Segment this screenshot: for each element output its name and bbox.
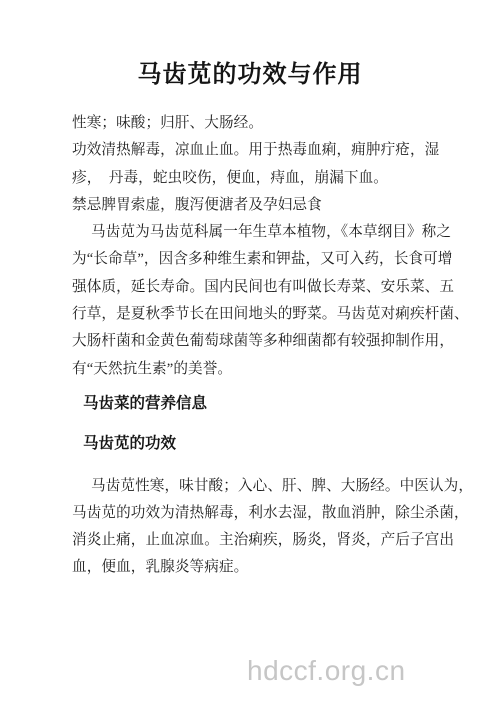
- site-watermark: hdccf.org.cn: [247, 654, 406, 688]
- text-line: 为“长命草”，因含多种维生素和钾盐，又可入药，长食可增: [72, 246, 438, 273]
- text-line: 禁忌脾胃索虚，腹泻便溏者及孕妇忌食: [72, 192, 438, 219]
- text-line: 消炎止痛，止血凉血。主治痢疾，肠炎，肾炎，产后子宫出: [72, 527, 438, 554]
- text-line: 功效清热解毒，凉血止血。用于热毒血痢，痈肿疔疮，湿: [72, 137, 438, 164]
- intro-paragraph: 性寒；味酸；归肝、大肠经。 功效清热解毒，凉血止血。用于热毒血痢，痈肿疔疮，湿 …: [72, 110, 438, 219]
- overview-paragraph: 马齿苋为马齿苋科属一年生草本植物，《本草纲目》称之 为“长命草”，因含多种维生素…: [72, 219, 438, 383]
- section-heading-effect: 马齿苋的功效: [83, 430, 438, 457]
- text-line: 马齿苋的功效为清热解毒，利水去湿，散血消肿，除尘杀菌，: [72, 500, 438, 527]
- text-line: 有“天然抗生素”的美誉。: [72, 356, 438, 383]
- text-line: 性寒；味酸；归肝、大肠经。: [72, 110, 438, 137]
- text-line: 马齿苋性寒，味甘酸；入心、肝、脾、大肠经。中医认为，: [72, 473, 438, 500]
- page-title: 马齿苋的功效与作用: [0, 58, 500, 92]
- text-line: 行草，是夏秋季节长在田间地头的野菜。马齿苋对痢疾杆菌、: [72, 301, 438, 328]
- text-line: 大肠杆菌和金黄色葡萄球菌等多种细菌都有较强抑制作用，: [72, 328, 438, 355]
- text-line: 强体质，延长寿命。国内民间也有叫做长寿菜、安乐菜、五: [72, 274, 438, 301]
- text-line: 血，便血，乳腺炎等病症。: [72, 554, 438, 581]
- section-heading-nutrition: 马齿菜的营养信息: [83, 390, 438, 417]
- text-line: 疹， 丹毒，蛇虫咬伤，便血，痔血，崩漏下血。: [72, 165, 438, 192]
- effect-paragraph: 马齿苋性寒，味甘酸；入心、肝、脾、大肠经。中医认为， 马齿苋的功效为清热解毒，利…: [72, 473, 438, 582]
- document-page: 马齿苋的功效与作用 性寒；味酸；归肝、大肠经。 功效清热解毒，凉血止血。用于热毒…: [0, 0, 500, 707]
- article-body: 性寒；味酸；归肝、大肠经。 功效清热解毒，凉血止血。用于热毒血痢，痈肿疔疮，湿 …: [72, 110, 438, 582]
- text-line: 马齿苋为马齿苋科属一年生草本植物，《本草纲目》称之: [72, 219, 438, 246]
